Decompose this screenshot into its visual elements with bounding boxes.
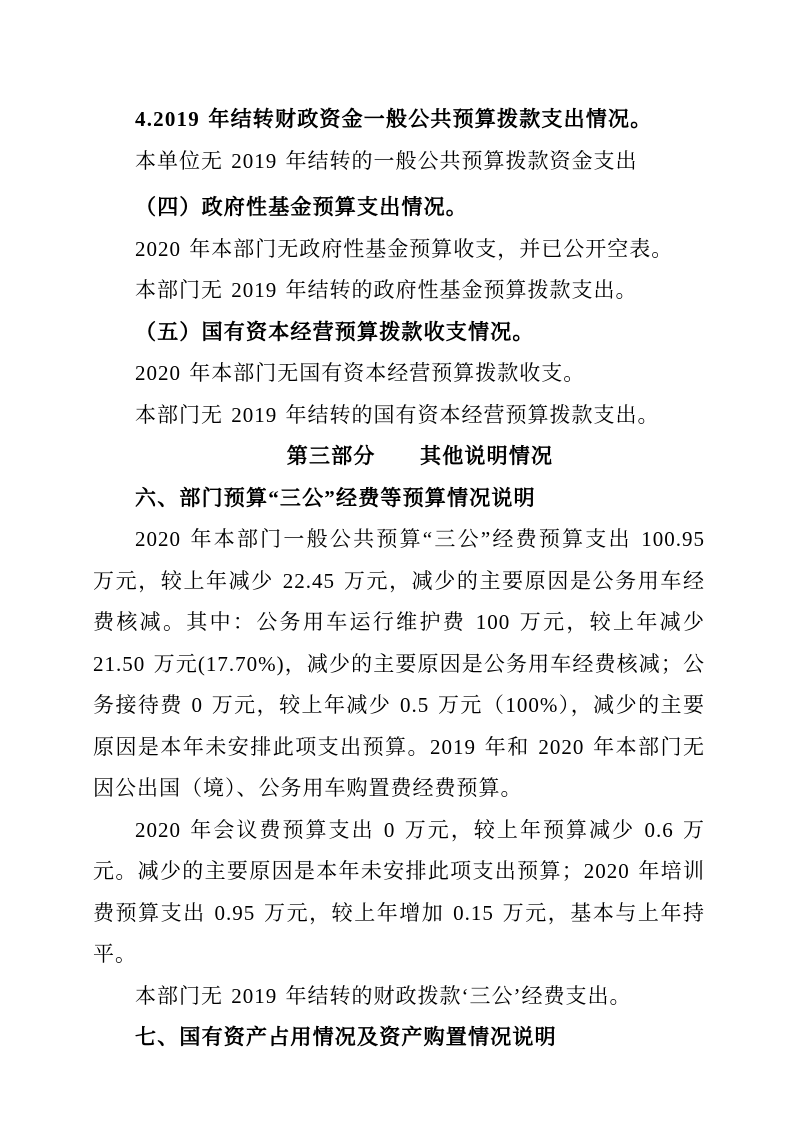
heading-section-7-state-assets: 七、国有资产占用情况及资产购置情况说明 [93,1017,705,1059]
text-2020-no-government-fund-budget: 2020 年本部门无政府性基金预算收支，并已公开空表。 [93,229,705,271]
heading-section-4-government-funds: （四）政府性基金预算支出情况。 [93,187,705,229]
text-no-2019-carryover-general-budget: 本单位无 2019 年结转的一般公共预算拨款资金支出 [93,141,705,183]
text-meeting-and-training-fees: 2020 年会议费预算支出 0 万元，较上年预算减少 0.6 万元。减少的主要原… [93,810,705,976]
heading-section-5-state-capital: （五）国有资本经营预算拨款收支情况。 [93,312,705,354]
text-2020-no-state-capital-budget: 2020 年本部门无国有资本经营预算拨款收支。 [93,353,705,395]
part-3-title: 第三部分 其他说明情况 [93,436,705,478]
heading-section-6-three-public-expenses: 六、部门预算“三公”经费等预算情况说明 [93,478,705,520]
text-three-public-expenses-detail: 2020 年本部门一般公共预算“三公”经费预算支出 100.95 万元，较上年减… [93,519,705,810]
text-no-2019-carryover-state-capital: 本部门无 2019 年结转的国有资本经营预算拨款支出。 [93,395,705,437]
document-page: 4.2019 年结转财政资金一般公共预算拨款支出情况。 本单位无 2019 年结… [0,0,793,1122]
text-no-2019-carryover-three-public: 本部门无 2019 年结转的财政拨款‘三公’经费支出。 [93,976,705,1018]
heading-2019-carryover-general-budget: 4.2019 年结转财政资金一般公共预算拨款支出情况。 [93,99,705,141]
text-no-2019-carryover-government-fund: 本部门无 2019 年结转的政府性基金预算拨款支出。 [93,270,705,312]
